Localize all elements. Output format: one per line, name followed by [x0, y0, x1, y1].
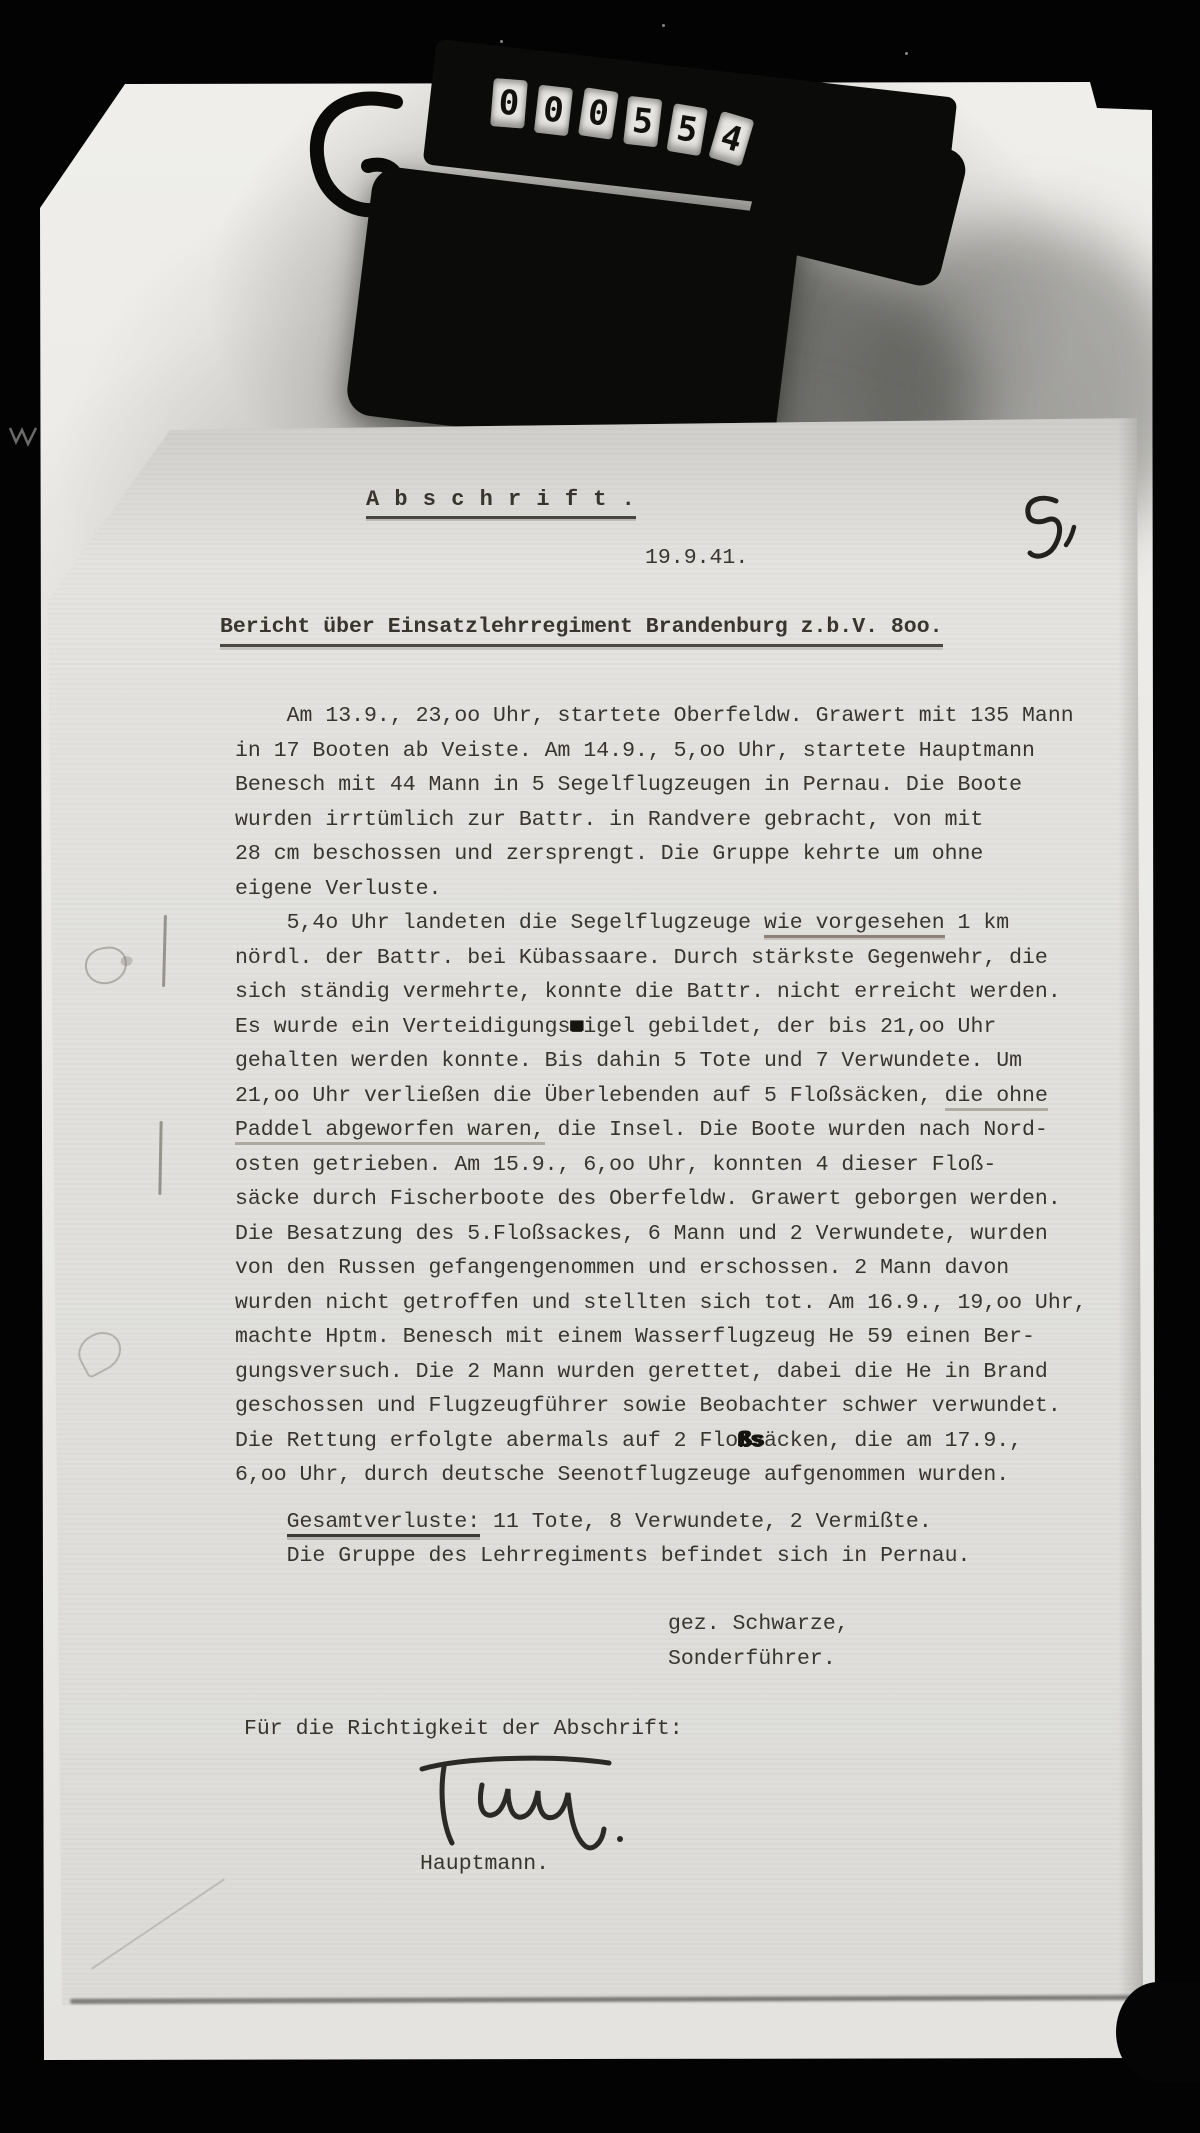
typewritten-line: Gesamtverluste: 11 Tote, 8 Verwundete, 2… [235, 1505, 1087, 1540]
counter-digit: 0 [534, 85, 573, 137]
paragraph-1: Am 13.9., 23,oo Uhr, startete Oberfeldw.… [235, 699, 1087, 906]
signed-by: gez. Schwarze, [668, 1607, 849, 1642]
signed-rank: Sonderführer. [668, 1642, 849, 1677]
dust-speck [662, 24, 665, 27]
counter-digits: 000554 [490, 76, 753, 153]
typewritten-line: osten getrieben. Am 15.9., 6,oo Uhr, kon… [235, 1148, 1087, 1183]
document-date: 19.9.41. [645, 546, 748, 570]
paragraph-2: 5,4o Uhr landeten die Segelflugzeuge wie… [235, 906, 1087, 1493]
typewritten-line: sich ständig vermehrte, konnte die Battr… [235, 975, 1087, 1010]
dust-speck [1078, 118, 1081, 121]
counter-digit: 5 [666, 103, 707, 156]
typewritten-line: gehalten werden konnte. Bis dahin 5 Tote… [235, 1044, 1087, 1079]
counter-digit: 0 [490, 78, 528, 129]
paper-crease [91, 1878, 225, 1969]
typewritten-line: Benesch mit 44 Mann in 5 Segelflugzeugen… [235, 768, 1087, 803]
pencil-circle-mark [83, 944, 130, 986]
typewritten-line: eigene Verluste. [235, 872, 1087, 907]
typewritten-line: 28 cm beschossen und zersprengt. Die Gru… [235, 837, 1087, 872]
typewritten-line: säcke durch Fischerboote des Oberfeldw. … [235, 1182, 1087, 1217]
counter-digit: 4 [708, 111, 754, 167]
edge-scratch-mark [6, 420, 42, 450]
typewritten-line: 6,oo Uhr, durch deutsche Seenotflugzeuge… [235, 1458, 1087, 1493]
stamp-device-body [344, 165, 801, 466]
handwritten-page-number [1012, 493, 1096, 585]
typewritten-line: geschossen und Flugzeugführer sowie Beob… [235, 1389, 1087, 1424]
photo-corner-shadow [1116, 1982, 1200, 2082]
dust-speck [242, 152, 245, 155]
margin-pencil-stroke [158, 1121, 162, 1195]
body-text: Am 13.9., 23,oo Uhr, startete Oberfeldw.… [235, 699, 1087, 1574]
typewritten-line: machte Hptm. Benesch mit einem Wasserflu… [235, 1320, 1087, 1355]
typewritten-line: von den Russen gefangengenommen und ersc… [235, 1251, 1087, 1286]
pencil-teardrop-mark [72, 1325, 129, 1379]
document-heading: A b s c h r i f t . [366, 487, 636, 519]
handwritten-signature [404, 1747, 654, 1857]
typewritten-line: 5,4o Uhr landeten die Segelflugzeuge wie… [235, 906, 1087, 941]
dust-speck [500, 40, 503, 43]
certifier-rank: Hauptmann. [420, 1852, 549, 1876]
typewritten-line: Es wurde ein Verteidigungs■igel gebildet… [235, 1010, 1087, 1045]
typewritten-line: Am 13.9., 23,oo Uhr, startete Oberfeldw.… [235, 699, 1087, 734]
counter-digit: 5 [623, 96, 662, 148]
signature-block: gez. Schwarze, Sonderführer. [668, 1607, 849, 1676]
typewritten-line: wurden irrtümlich zur Battr. in Randvere… [235, 803, 1087, 838]
typewritten-line: Die Gruppe des Lehrregiments befindet si… [235, 1539, 1087, 1574]
margin-pencil-stroke [162, 915, 167, 987]
dust-speck [905, 52, 908, 55]
document-title: Bericht über Einsatzlehrregiment Branden… [220, 615, 943, 647]
typewritten-line: in 17 Booten ab Veiste. Am 14.9., 5,oo U… [235, 734, 1087, 769]
document-page: A b s c h r i f t . 19.9.41. Bericht übe… [44, 415, 1148, 2015]
typewritten-line: wurden nicht getroffen und stellten sich… [235, 1286, 1087, 1321]
typewritten-line: Paddel abgeworfen waren, die Insel. Die … [235, 1113, 1087, 1148]
typewritten-line: nördl. der Battr. bei Kübassaare. Durch … [235, 941, 1087, 976]
typewritten-line: gungsversuch. Die 2 Mann wurden gerettet… [235, 1355, 1087, 1390]
typewritten-line: 21,oo Uhr verließen die Überlebenden auf… [235, 1079, 1087, 1114]
losses-summary: Gesamtverluste: 11 Tote, 8 Verwundete, 2… [235, 1505, 1087, 1574]
typewritten-line: Die Besatzung des 5.Floßsackes, 6 Mann u… [235, 1217, 1087, 1252]
photographed-document: 000554 A b s c h r i f t . 19.9.41. Beri… [0, 0, 1200, 2133]
typewritten-line: Die Rettung erfolgte abermals auf 2 Floß… [235, 1424, 1087, 1459]
counter-digit: 0 [578, 87, 619, 139]
certification-line: Für die Richtigkeit der Abschrift: [244, 1717, 683, 1741]
